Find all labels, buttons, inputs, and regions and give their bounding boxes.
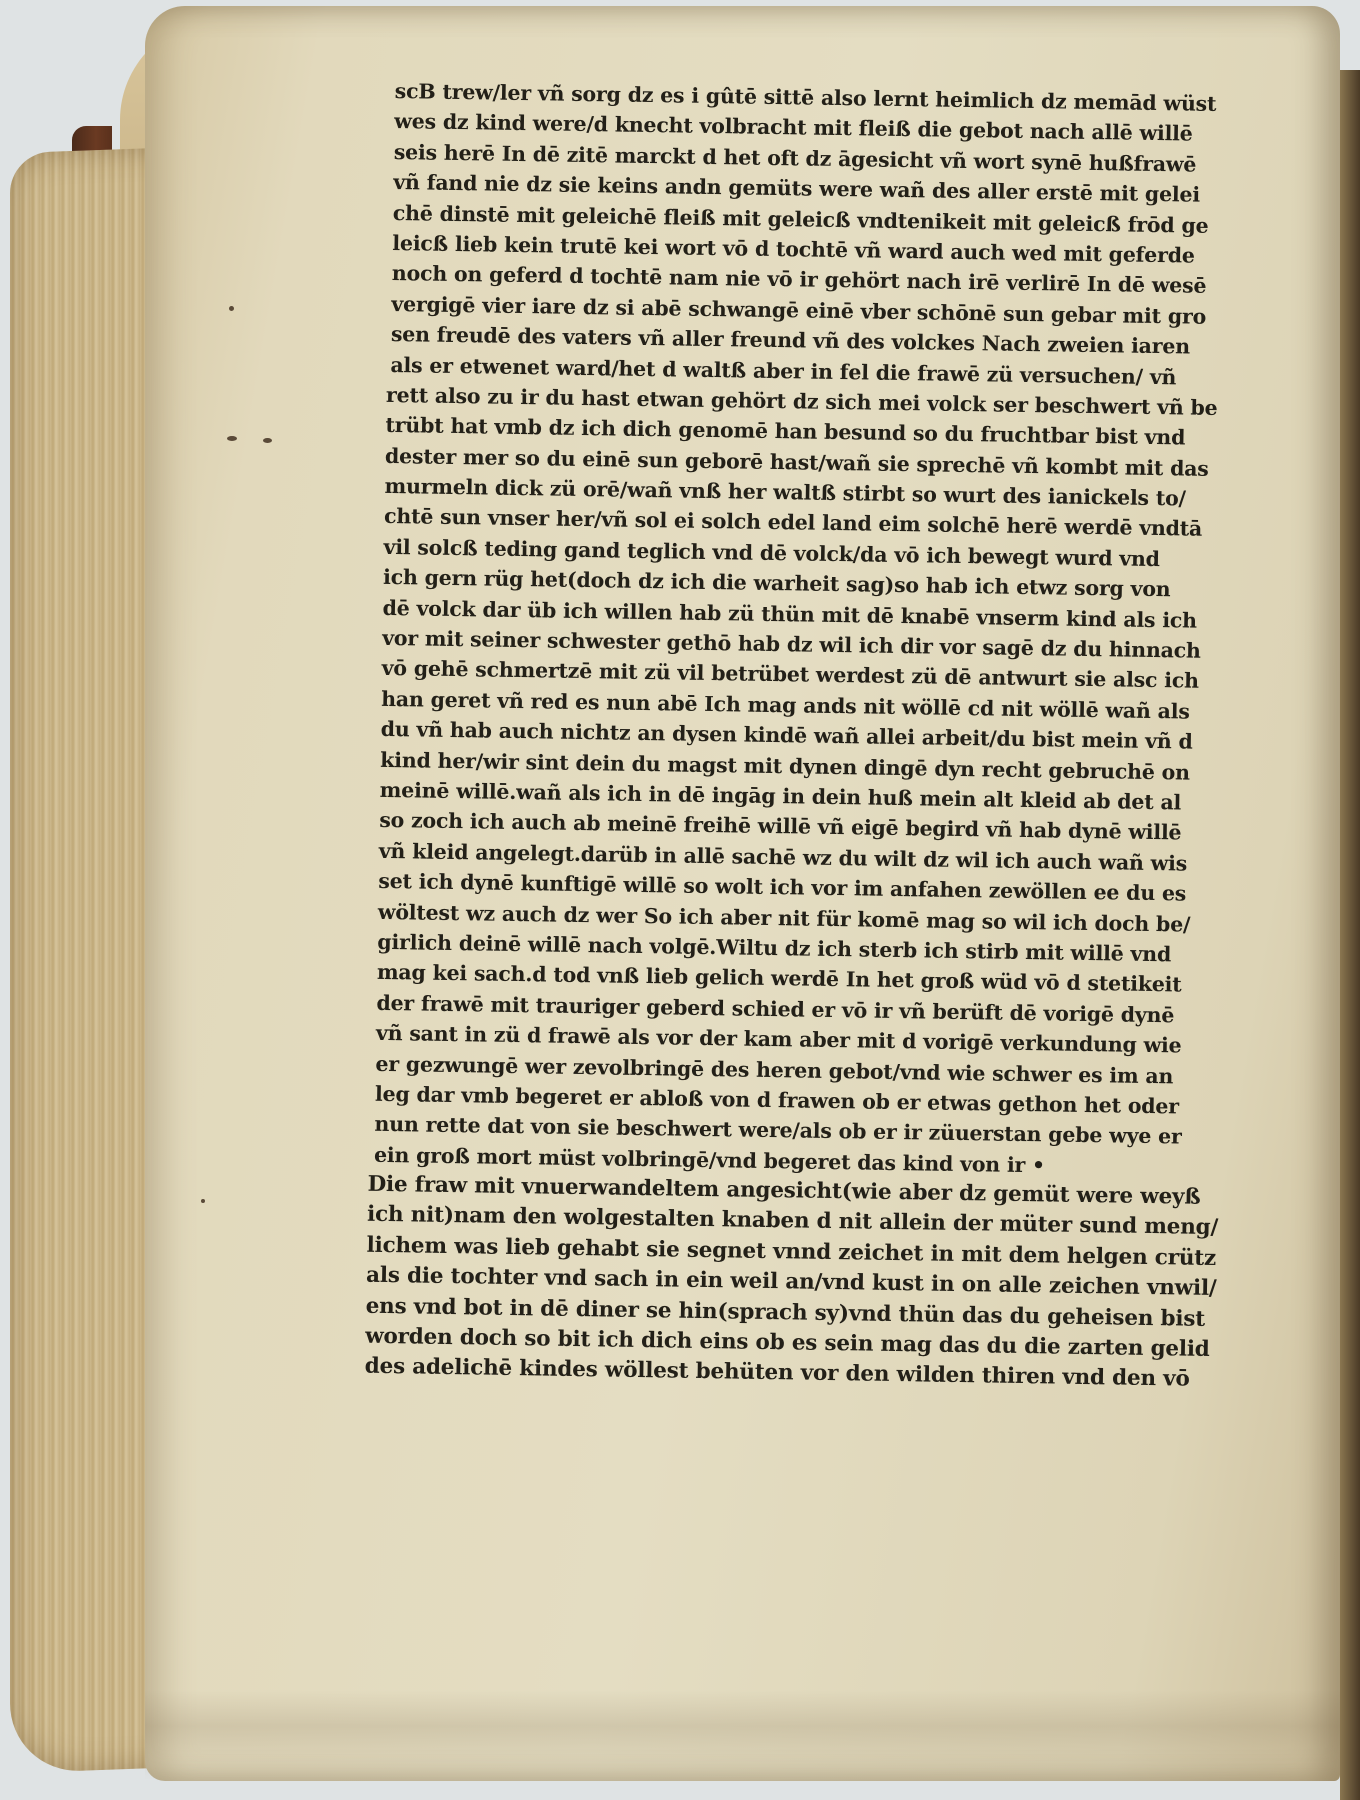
stain-mark — [229, 306, 234, 311]
printed-text-block: scB trew/ler vñ sorg dz es i gûtē sittē … — [374, 76, 1314, 1397]
page-fold-shadow — [145, 1690, 1340, 1780]
book-gutter — [1340, 70, 1360, 1800]
stain-mark — [201, 1199, 205, 1203]
stain-mark — [263, 438, 272, 443]
stain-mark — [227, 436, 237, 441]
